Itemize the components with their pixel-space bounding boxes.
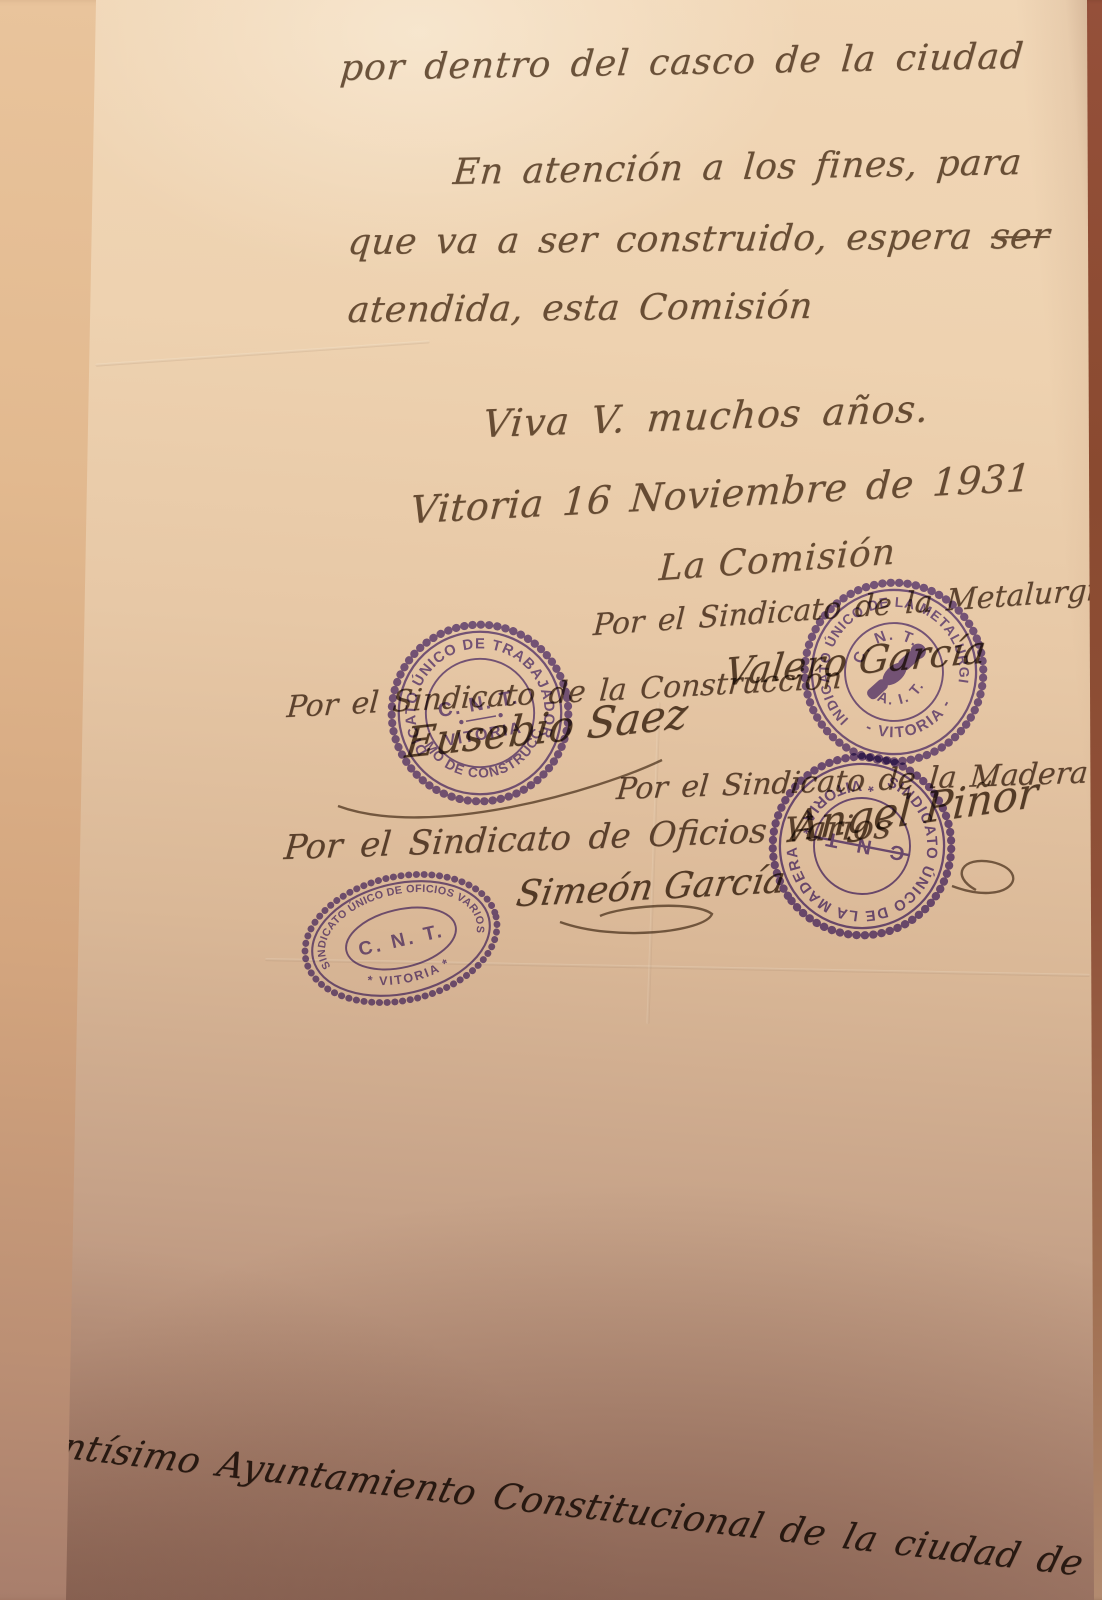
handwritten-line-4: atendida, esta Comisión — [346, 286, 815, 331]
document-page: SINDICATO ÚNICO DE TRABAJADORES RAMO DE … — [0, 0, 1102, 1600]
oficios-signature: Simeón García — [513, 860, 788, 915]
photographed-document: SINDICATO ÚNICO DE TRABAJADORES RAMO DE … — [0, 0, 1102, 1600]
handwritten-struck-word: ser — [989, 216, 1051, 258]
stamp-oficios-cnt: C. N. T. — [357, 921, 447, 961]
addressee-line: Excelentísimo Ayuntamiento Constituciona… — [0, 1412, 1102, 1600]
salute-line: Viva V. muchos años. — [481, 386, 931, 446]
dateline: Vitoria 16 Noviembre de 1931 — [409, 455, 1033, 532]
stamp-oficios-varios: SINDICATO ÚNICO DE OFICIOS VARIOS * VITO… — [277, 843, 526, 1034]
paper-crease — [95, 340, 429, 366]
handwritten-line-1: por dentro del casco de la ciudad — [338, 36, 1026, 89]
paper-crease — [646, 702, 660, 1024]
handwritten-line-3: que va a ser construido, espera ser — [346, 216, 1052, 263]
handwritten-line-3-text: que va a ser construido, espera — [346, 216, 993, 263]
handwritten-line-2: En atención a los fines, para — [451, 142, 1023, 193]
